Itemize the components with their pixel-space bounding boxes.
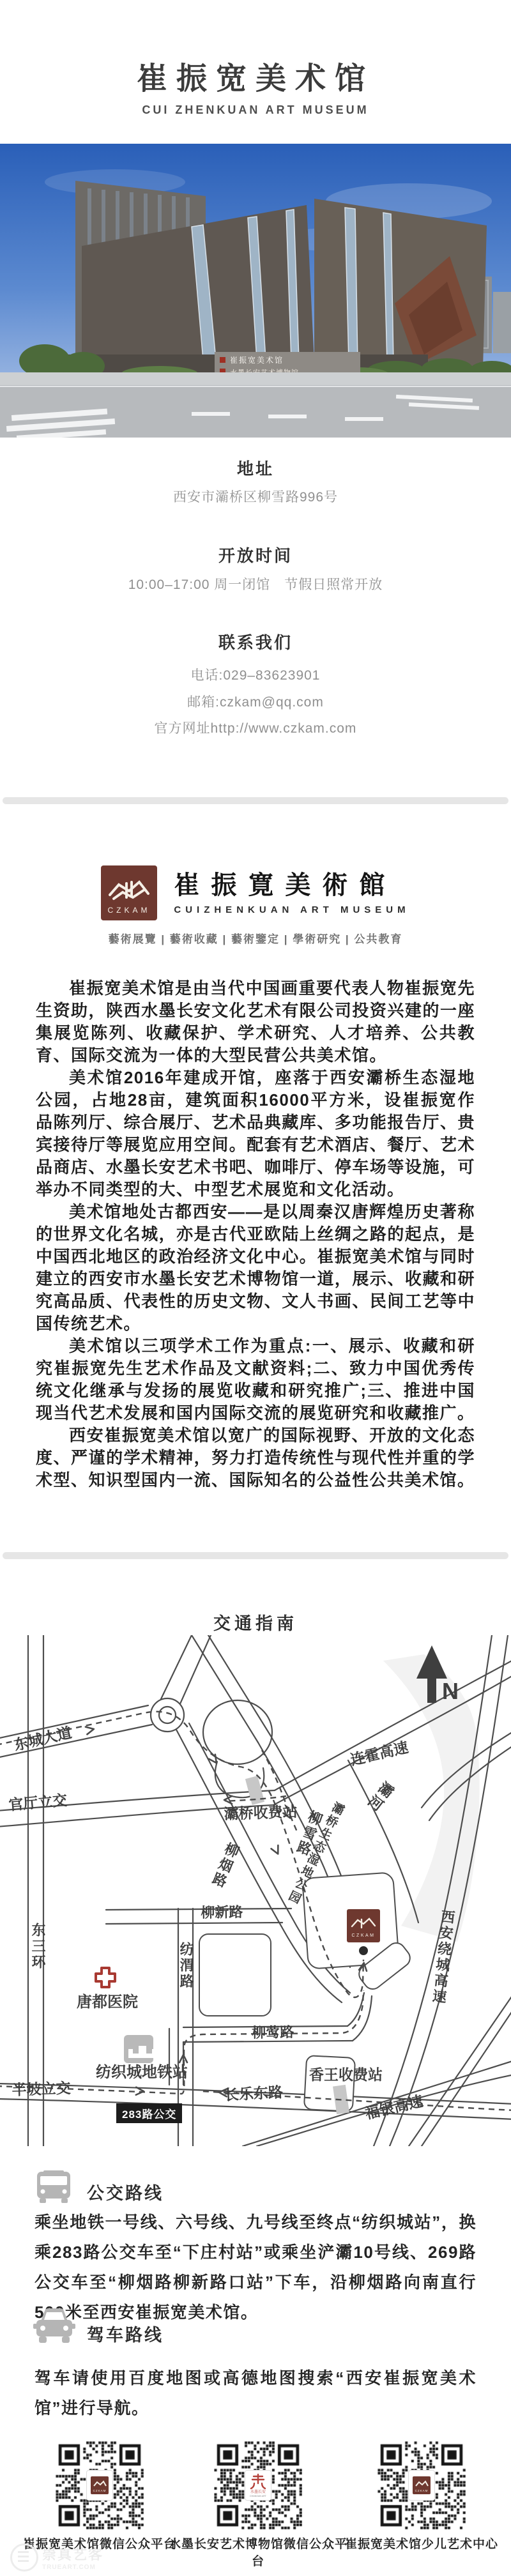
traffic-title: 交通指南 bbox=[0, 1610, 511, 1635]
about-paragraph: 美术馆以三项学术工作为重点:一、展示、收藏和研究崔振宽先生艺术作品及文献资料;二… bbox=[36, 1335, 475, 1424]
hours-value: 10:00–17:00 周一闭馆 节假日照常开放 bbox=[0, 574, 511, 593]
svg-text:CZKAM: CZKAM bbox=[352, 1933, 376, 1938]
bus-route-text: 乘坐地铁一号线、六号线、九号线至终点“纺织城站”，换乘283路公交车至“下庄村站… bbox=[34, 2207, 477, 2328]
hospital-cross-icon bbox=[96, 1968, 115, 1987]
brand-logo: CZKAM 崔振寛美術館 CUIZHENKUAN ART MUSEUM bbox=[0, 862, 511, 924]
museum-photo: 崔振宽美术馆 水墨长安艺术博物馆 bbox=[0, 144, 511, 438]
divider bbox=[3, 797, 508, 804]
traffic-map: CZKAM N bbox=[0, 1635, 511, 2146]
qr-code-wechat-changan-art: 水墨长安 CHANGAN ART bbox=[214, 2441, 302, 2529]
city-blocks bbox=[199, 1872, 413, 2112]
contact-label: 联系我们 bbox=[0, 630, 511, 653]
page-subtitle: CUI ZHENKUAN ART MUSEUM bbox=[0, 103, 511, 117]
svg-text:水墨长安: 水墨长安 bbox=[250, 2489, 266, 2494]
qr-caption: 水墨长安艺术博物馆微信公众平台 bbox=[169, 2534, 347, 2569]
svg-text:CZKAM: CZKAM bbox=[108, 906, 151, 915]
bus-icon bbox=[34, 2170, 73, 2204]
page-title: 崔振宽美术馆 bbox=[0, 54, 511, 98]
contact-website: 官方网址http://www.czkam.com bbox=[0, 718, 511, 737]
svg-text:崔振宽美术馆: 崔振宽美术馆 bbox=[230, 355, 284, 365]
svg-text:CZKAM: CZKAM bbox=[93, 2489, 107, 2492]
brand-tagline: 藝術展覽 | 藝術收藏 | 藝術鑒定 | 學術研究 | 公共教育 bbox=[0, 930, 511, 946]
hours-label: 开放时间 bbox=[0, 543, 511, 567]
drive-route-text: 驾车请使用百度地图或高德地图搜索“西安崔振宽美术馆”进行导航。 bbox=[34, 2363, 477, 2423]
watermark-bubble-icon bbox=[10, 2543, 38, 2572]
about-paragraph: 美术馆地处古都西安——是以周秦汉唐辉煌历史著称的世界文化名城，亦是古代亚欧陆上丝… bbox=[36, 1201, 475, 1335]
museum-location-dot bbox=[359, 1946, 368, 1955]
page: 崔振宽美术馆 CUI ZHENKUAN ART MUSEUM bbox=[0, 0, 511, 2576]
drive-route-title: 驾车路线 bbox=[87, 2321, 164, 2346]
qr-caption: 崔振宽美术馆少儿艺术中心 bbox=[332, 2534, 511, 2552]
bus-283-badge: 283路公交 bbox=[116, 2103, 182, 2123]
svg-text:N: N bbox=[442, 1678, 459, 1704]
about-text: 崔振宽美术馆是由当代中国画重要代表人物崔振宽先生资助，陕西水墨长安文化艺术有限公… bbox=[36, 977, 475, 1491]
bus-route-title: 公交路线 bbox=[87, 2179, 164, 2204]
address-label: 地址 bbox=[0, 456, 511, 480]
divider bbox=[3, 1552, 508, 1559]
about-paragraph: 崔振宽美术馆是由当代中国画重要代表人物崔振宽先生资助，陕西水墨长安文化艺术有限公… bbox=[36, 977, 475, 1067]
brand-english: CUIZHENKUAN ART MUSEUM bbox=[174, 904, 409, 915]
museum-east-wing bbox=[314, 199, 487, 369]
brand-calligraphy: 崔振寛美術館 bbox=[174, 871, 409, 899]
about-paragraph: 美术馆2016年建成开馆，座落于西安灞桥生态湿地公园，占地28亩，建筑面积160… bbox=[36, 1067, 475, 1201]
trueart-watermark: 崇真艺客 TRUEART.COM bbox=[10, 2543, 103, 2572]
car-icon bbox=[33, 2307, 75, 2344]
qr-code-wechat-museum: CZKAM bbox=[56, 2441, 144, 2529]
contact-phone: 电话:029–83623901 bbox=[0, 665, 511, 684]
metro-station-icon bbox=[124, 2035, 156, 2063]
address-value: 西安市灞桥区柳雪路996号 bbox=[0, 487, 511, 506]
baqiao-toll-icon bbox=[245, 1776, 264, 1805]
about-paragraph: 西安崔振宽美术馆以宽广的国际视野、开放的文化态度、严谨的学术精神，努力打造传统性… bbox=[36, 1424, 475, 1491]
svg-text:CHANGAN ART: CHANGAN ART bbox=[250, 2495, 267, 2497]
qr-code-kids-art-center: CZKAM bbox=[378, 2441, 466, 2529]
contact-email: 邮箱:czkam@qq.com bbox=[0, 692, 511, 711]
czkam-seal-icon: CZKAM bbox=[101, 865, 157, 920]
svg-text:CZKAM: CZKAM bbox=[415, 2489, 429, 2492]
